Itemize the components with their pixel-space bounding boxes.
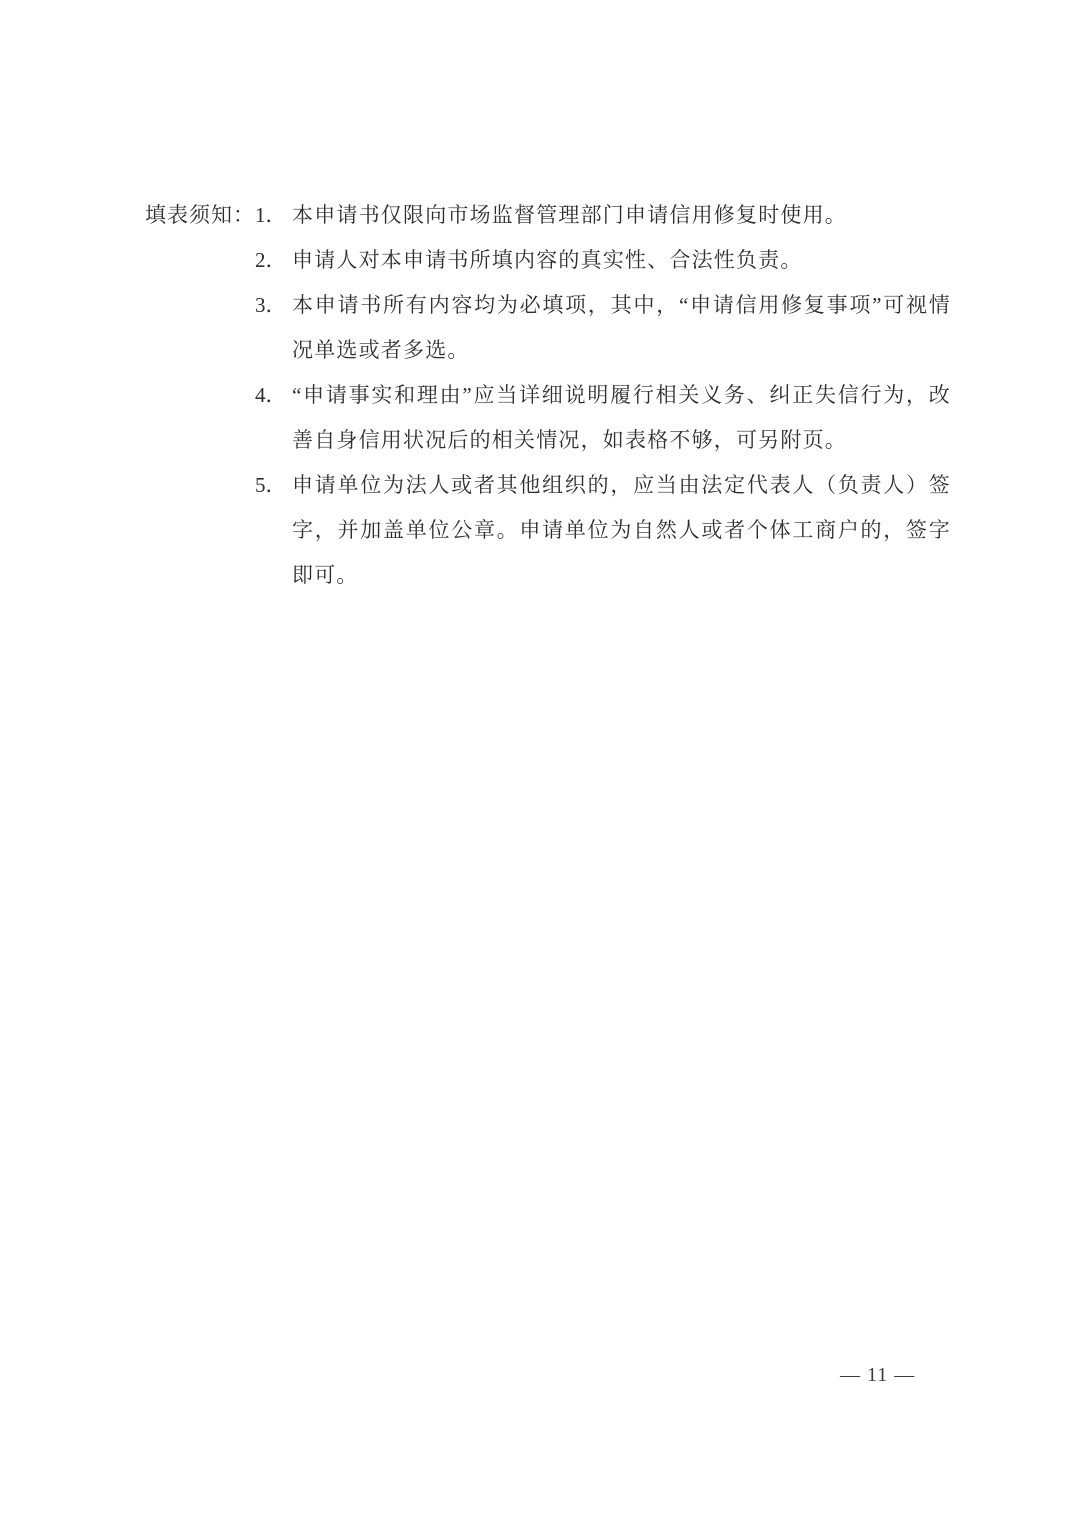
note-number: 3．: [255, 283, 292, 328]
note-text: 申请单位为法人或者其他组织的，应当由法定代表人（负责人）签字，并加盖单位公章。申…: [292, 463, 951, 598]
page-number: — 11 —: [840, 1364, 915, 1387]
note-number: 5．: [255, 463, 292, 508]
note-item: 5． 申请单位为法人或者其他组织的，应当由法定代表人（负责人）签字，并加盖单位公…: [255, 463, 951, 598]
note-number: 1．: [255, 193, 292, 238]
note-item: 1． 本申请书仅限向市场监督管理部门申请信用修复时使用。: [255, 193, 951, 238]
note-text: “申请事实和理由”应当详细说明履行相关义务、纠正失信行为，改善自身信用状况后的相…: [292, 373, 951, 463]
note-item: 3． 本申请书所有内容均为必填项，其中，“申请信用修复事项”可视情况单选或者多选…: [255, 283, 951, 373]
note-text: 申请人对本申请书所填内容的真实性、合法性负责。: [292, 238, 951, 283]
notes-label: 填表须知：: [145, 193, 255, 238]
note-text: 本申请书所有内容均为必填项，其中，“申请信用修复事项”可视情况单选或者多选。: [292, 283, 951, 373]
notes-list: 1． 本申请书仅限向市场监督管理部门申请信用修复时使用。 2． 申请人对本申请书…: [255, 193, 951, 598]
note-item: 2． 申请人对本申请书所填内容的真实性、合法性负责。: [255, 238, 951, 283]
notes-section: 填表须知： 1． 本申请书仅限向市场监督管理部门申请信用修复时使用。 2． 申请…: [145, 193, 951, 598]
note-text: 本申请书仅限向市场监督管理部门申请信用修复时使用。: [292, 193, 951, 238]
note-number: 4．: [255, 373, 292, 418]
note-item: 4． “申请事实和理由”应当详细说明履行相关义务、纠正失信行为，改善自身信用状况…: [255, 373, 951, 463]
document-page: 填表须知： 1． 本申请书仅限向市场监督管理部门申请信用修复时使用。 2． 申请…: [0, 0, 1074, 1520]
note-number: 2．: [255, 238, 292, 283]
